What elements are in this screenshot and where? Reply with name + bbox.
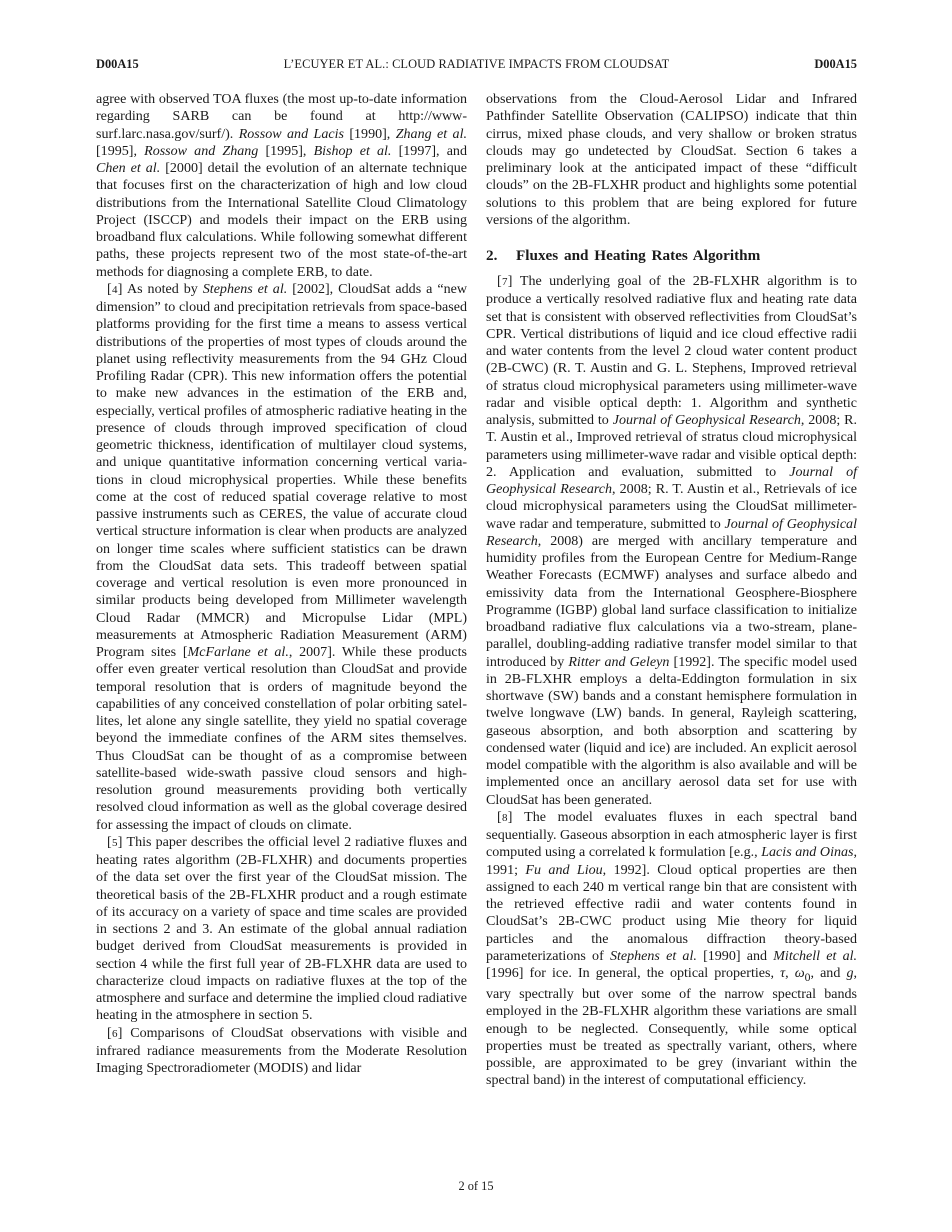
citation: Bishop et al.	[314, 143, 392, 159]
citation: Zhang et al.	[396, 126, 467, 142]
paragraph-number: 5	[107, 837, 123, 849]
article-code-right: D00A15	[814, 56, 857, 72]
paragraph-7: 7 The underlying goal of the 2B-FLXHR al…	[486, 273, 857, 809]
paragraph-4: 4 As noted by Stephens et al. [2002], Cl…	[96, 281, 467, 834]
paragraph-number: 4	[107, 284, 123, 296]
paragraph-6: 6 Comparisons of CloudSat observations w…	[96, 1025, 467, 1078]
citation: Stephens et al.	[203, 281, 287, 297]
citation: Chen et al.	[96, 160, 160, 176]
paragraph-8: 8 The model evaluates fluxes in each spe…	[486, 809, 857, 1090]
section-number: 2.	[486, 247, 516, 265]
citation: Mitchell et al.	[773, 948, 857, 964]
citation: McFarlane et al.	[188, 644, 289, 660]
paragraph-6-continued: observations from the Cloud-Aerosol Lida…	[486, 91, 857, 229]
citation: Rossow and Lacis	[239, 126, 344, 142]
paragraph-number: 7	[497, 276, 513, 288]
paragraph-number: 8	[497, 812, 513, 824]
running-header: D00A15 L’ECUYER ET AL.: CLOUD RADIATIVE …	[96, 56, 857, 72]
running-title: L’ECUYER ET AL.: CLOUD RADIATIVE IMPACTS…	[96, 56, 857, 72]
section-heading: 2.Fluxes and Heating Rates Algorithm	[486, 247, 857, 265]
paragraph-5: 5 This paper describes the official leve…	[96, 834, 467, 1025]
right-column: observations from the Cloud-Aerosol Lida…	[486, 91, 857, 1090]
citation: Ritter and Geleyn	[568, 654, 669, 670]
journal-name: Journal of Geophysical Research	[613, 412, 801, 428]
paragraph-3-continued: agree with observed TOA fluxes (the most…	[96, 91, 467, 281]
citation: Fu and Liou	[525, 862, 602, 878]
section-title: Fluxes and Heating Rates Algorithm	[516, 247, 760, 264]
page-number: 2 of 15	[0, 1178, 952, 1194]
citation: Lacis and Oinas	[761, 844, 853, 860]
left-column: agree with observed TOA fluxes (the most…	[96, 91, 467, 1077]
citation: Rossow and Zhang	[144, 143, 258, 159]
paragraph-number: 6	[107, 1028, 123, 1040]
citation: Stephens et al.	[610, 948, 697, 964]
symbol-omega: ω	[795, 965, 805, 981]
